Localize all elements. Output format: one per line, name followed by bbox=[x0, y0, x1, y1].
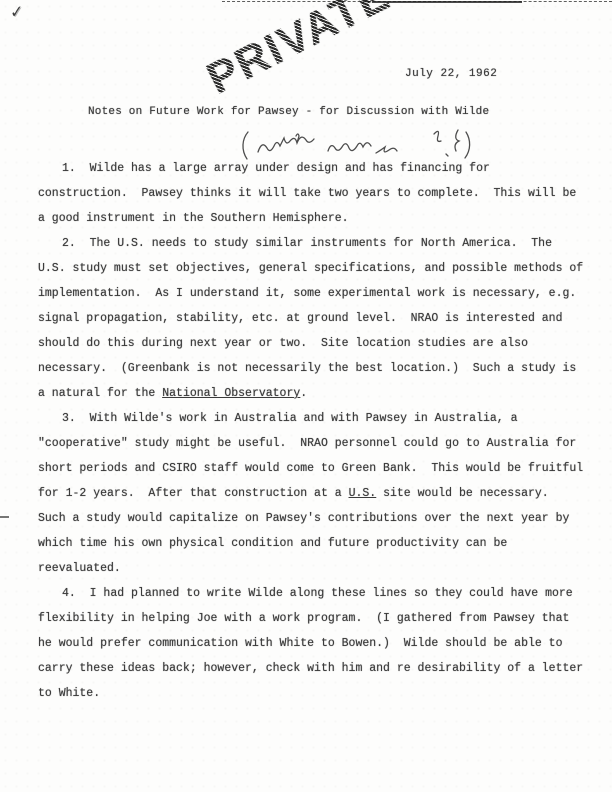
paragraph-text: I had planned to write Wilde along these… bbox=[38, 587, 590, 700]
scanned-page: ✓ PRIVATE July 22, 1962 Notes on Future … bbox=[0, 0, 612, 792]
paragraph: 1. Wilde has a large array under design … bbox=[38, 156, 586, 231]
document-body: 1. Wilde has a large array under design … bbox=[38, 156, 586, 706]
paragraph-text: Wilde has a large array under design and… bbox=[38, 162, 583, 225]
paragraph-number: 4. bbox=[62, 587, 90, 600]
paragraph-text: U.S. bbox=[349, 487, 377, 500]
checkmark-annotation: ✓ bbox=[10, 1, 24, 22]
paragraph: 2. The U.S. needs to study similar instr… bbox=[38, 231, 586, 406]
paragraph-text: The U.S. needs to study similar instrume… bbox=[38, 237, 590, 400]
paragraph-number: 2. bbox=[62, 237, 90, 250]
date-line: July 22, 1962 bbox=[405, 68, 497, 80]
paragraph-text: . bbox=[300, 387, 307, 400]
paragraph: 4. I had planned to write Wilde along th… bbox=[38, 581, 586, 706]
document-title: Notes on Future Work for Pawsey - for Di… bbox=[88, 106, 489, 118]
paragraph-text: site would be necessary. Such a study wo… bbox=[38, 487, 576, 575]
paragraph: 3. With Wilde's work in Australia and wi… bbox=[38, 406, 586, 581]
paragraph-number: 1. bbox=[62, 162, 90, 175]
paragraph-number: 3. bbox=[62, 412, 90, 425]
paragraph-text: National Observatory bbox=[162, 387, 300, 400]
scan-margin-artifact bbox=[0, 516, 9, 518]
